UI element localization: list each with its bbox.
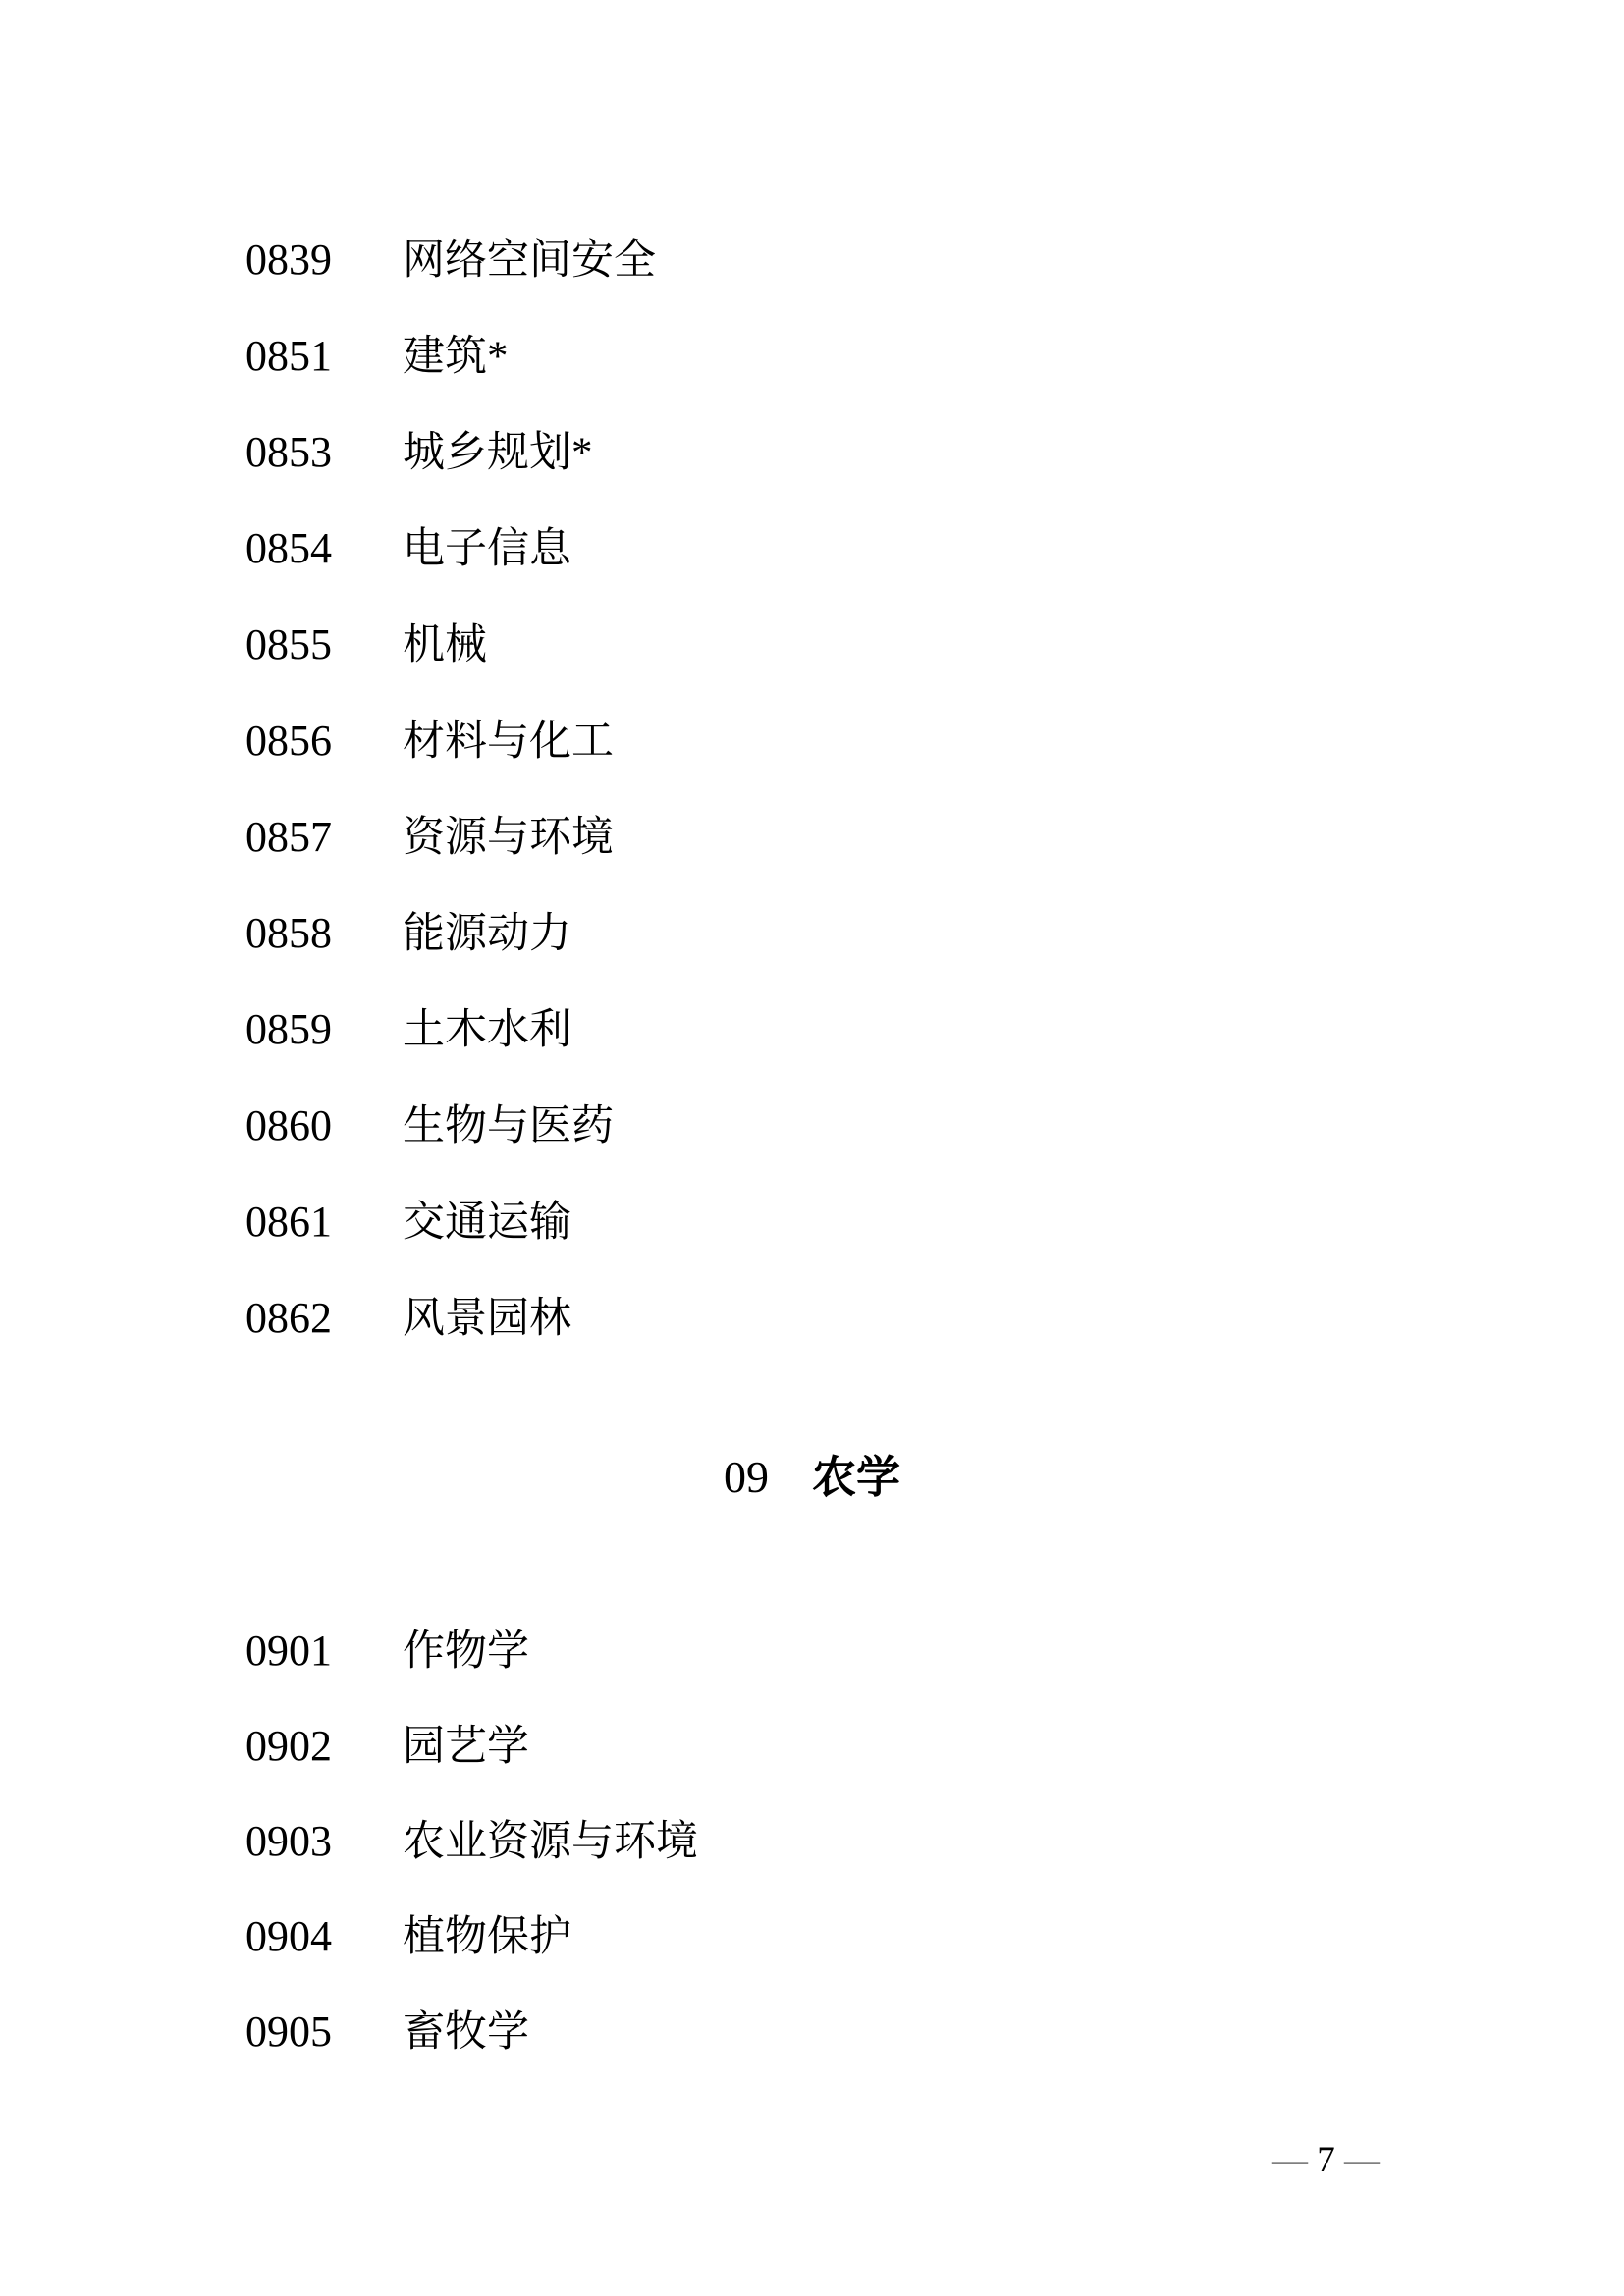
- discipline-name: 生物与医药: [403, 1103, 614, 1149]
- section-heading-agronomy: 09农学: [0, 1454, 1624, 1512]
- discipline-row: 0904植物保护: [245, 1915, 698, 1958]
- discipline-code: 0855: [245, 623, 403, 667]
- discipline-code: 0905: [245, 2010, 403, 2054]
- discipline-code: 0856: [245, 720, 403, 763]
- discipline-code: 0862: [245, 1297, 403, 1340]
- discipline-code: 0857: [245, 816, 403, 859]
- discipline-code: 0854: [245, 527, 403, 570]
- discipline-row: 0839网络空间安全: [245, 239, 656, 282]
- page-number: — 7 —: [1272, 2142, 1380, 2178]
- discipline-list-agronomy: 0901作物学 0902园艺学 0903农业资源与环境 0904植物保护 090…: [245, 1629, 698, 2054]
- discipline-name: 土木水利: [403, 1007, 571, 1053]
- discipline-code: 0902: [245, 1725, 403, 1768]
- discipline-name: 农业资源与环境: [403, 1819, 698, 1865]
- discipline-row: 0855机械: [245, 623, 656, 667]
- document-page: 0839网络空间安全 0851建筑* 0853城乡规划* 0854电子信息 08…: [0, 0, 1624, 2296]
- discipline-name: 交通运输: [403, 1200, 571, 1246]
- discipline-code: 0903: [245, 1820, 403, 1863]
- discipline-row: 0858能源动力: [245, 912, 656, 955]
- discipline-row: 0851建筑*: [245, 335, 656, 378]
- discipline-name: 城乡规划*: [403, 430, 593, 476]
- section-title: 农学: [812, 1452, 900, 1502]
- discipline-row: 0853城乡规划*: [245, 431, 656, 474]
- discipline-name: 电子信息: [403, 526, 571, 572]
- discipline-row: 0862风景园林: [245, 1297, 656, 1340]
- discipline-code: 0904: [245, 1915, 403, 1958]
- discipline-row: 0903农业资源与环境: [245, 1820, 698, 1863]
- discipline-code: 0858: [245, 912, 403, 955]
- discipline-name: 园艺学: [403, 1724, 529, 1770]
- discipline-row: 0902园艺学: [245, 1725, 698, 1768]
- discipline-code: 0861: [245, 1201, 403, 1244]
- discipline-name: 网络空间安全: [403, 238, 656, 284]
- discipline-row: 0856材料与化工: [245, 720, 656, 763]
- discipline-name: 资源与环境: [403, 815, 614, 861]
- discipline-row: 0901作物学: [245, 1629, 698, 1673]
- discipline-code: 0860: [245, 1104, 403, 1148]
- discipline-code: 0851: [245, 335, 403, 378]
- discipline-code: 0853: [245, 431, 403, 474]
- discipline-row: 0905畜牧学: [245, 2010, 698, 2054]
- discipline-row: 0857资源与环境: [245, 816, 656, 859]
- section-code: 09: [724, 1452, 769, 1502]
- discipline-name: 材料与化工: [403, 719, 614, 765]
- discipline-list-engineering: 0839网络空间安全 0851建筑* 0853城乡规划* 0854电子信息 08…: [245, 239, 656, 1340]
- discipline-code: 0839: [245, 239, 403, 282]
- discipline-row: 0854电子信息: [245, 527, 656, 570]
- discipline-code: 0901: [245, 1629, 403, 1673]
- discipline-name: 畜牧学: [403, 2009, 529, 2056]
- discipline-name: 风景园林: [403, 1296, 571, 1342]
- discipline-row: 0861交通运输: [245, 1201, 656, 1244]
- discipline-code: 0859: [245, 1008, 403, 1051]
- discipline-row: 0860生物与医药: [245, 1104, 656, 1148]
- discipline-name: 建筑*: [403, 334, 509, 380]
- discipline-name: 作物学: [403, 1629, 529, 1675]
- discipline-row: 0859土木水利: [245, 1008, 656, 1051]
- discipline-name: 植物保护: [403, 1914, 571, 1960]
- discipline-name: 机械: [403, 622, 487, 668]
- discipline-name: 能源动力: [403, 911, 571, 957]
